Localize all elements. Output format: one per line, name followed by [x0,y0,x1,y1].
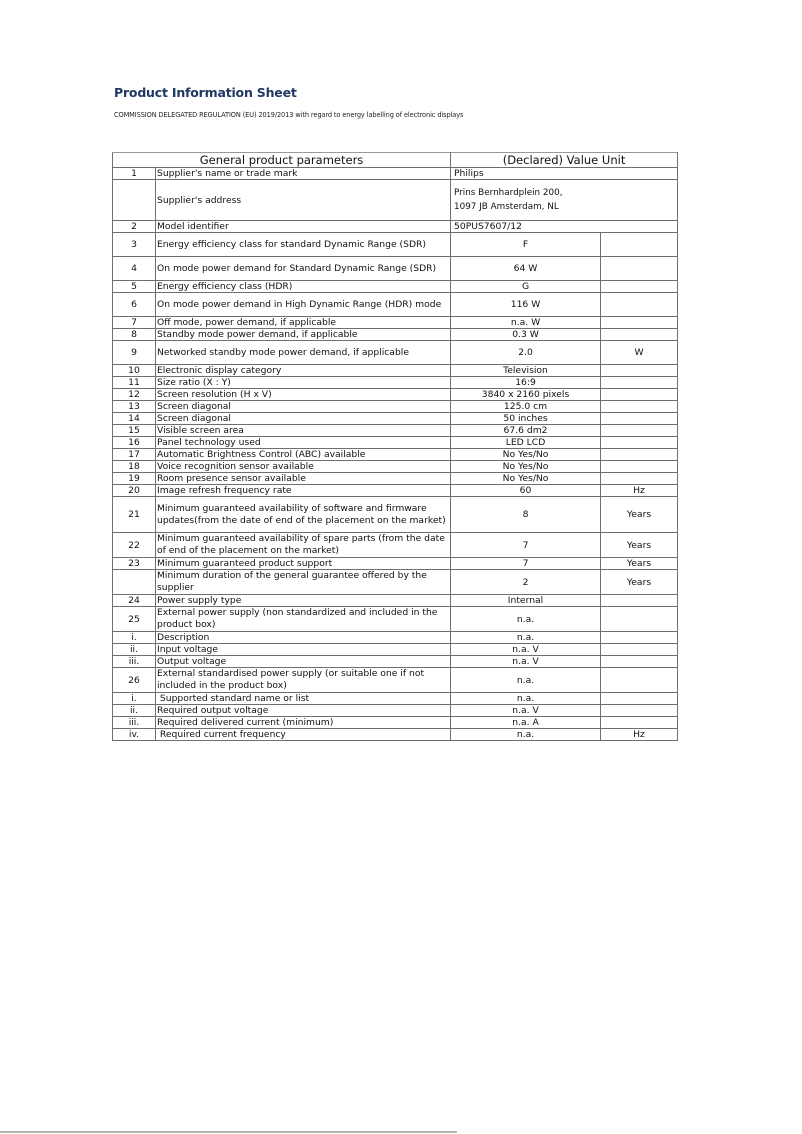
table-row: 26 External standardised power supply (o… [113,668,678,693]
regulation-subtitle: COMMISSION DELEGATED REGULATION (EU) 201… [114,111,463,119]
row-parameter: Minimum guaranteed availability of softw… [156,497,451,533]
row-unit [601,449,678,461]
row-number: 2 [113,221,156,233]
row-unit [601,389,678,401]
row-number: 6 [113,293,156,317]
table-row: 1 Supplier's name or trade mark Philips [113,168,678,180]
row-parameter: Screen diagonal [156,401,451,413]
row-unit [601,365,678,377]
row-number: 21 [113,497,156,533]
table-row: iv. Required current frequency n.a. Hz [113,729,678,741]
row-parameter: Panel technology used [156,437,451,449]
row-value: 3840 x 2160 pixels [451,389,601,401]
table-row: 23 Minimum guaranteed product support 7 … [113,558,678,570]
row-parameter: External standardised power supply (or s… [156,668,451,693]
table-row: 21 Minimum guaranteed availability of so… [113,497,678,533]
row-value: 0.3 W [451,329,601,341]
table-row: 5 Energy efficiency class (HDR) G [113,281,678,293]
row-value: No Yes/No [451,473,601,485]
row-value: 60 [451,485,601,497]
page-title: Product Information Sheet [114,85,297,100]
table-row: 19 Room presence sensor available No Yes… [113,473,678,485]
table-row: 20 Image refresh frequency rate 60 Hz [113,485,678,497]
row-number: 8 [113,329,156,341]
row-parameter: External power supply (non standardized … [156,607,451,632]
table-row: 15 Visible screen area 67.6 dm2 [113,425,678,437]
row-value: 64 W [451,257,601,281]
row-number: 24 [113,595,156,607]
row-value: 2 [451,570,601,595]
row-value: Prins Bernhardplein 200,1097 JB Amsterda… [451,180,678,221]
row-value: 50 inches [451,413,601,425]
row-value: n.a. V [451,656,601,668]
table-row: 9 Networked standby mode power demand, i… [113,341,678,365]
row-unit [601,461,678,473]
row-parameter: Visible screen area [156,425,451,437]
row-number: 14 [113,413,156,425]
row-value: n.a. V [451,644,601,656]
row-value: F [451,233,601,257]
row-parameter: Minimum guaranteed availability of spare… [156,533,451,558]
row-parameter: Energy efficiency class (HDR) [156,281,451,293]
row-parameter: Room presence sensor available [156,473,451,485]
header-parameters: General product parameters [113,153,451,168]
row-unit [601,233,678,257]
row-number: 7 [113,317,156,329]
row-unit [601,473,678,485]
row-unit [601,317,678,329]
table-row: 4 On mode power demand for Standard Dyna… [113,257,678,281]
table-row: ii. Required output voltage n.a. V [113,705,678,717]
row-parameter: Image refresh frequency rate [156,485,451,497]
row-number: 11 [113,377,156,389]
row-number [113,180,156,221]
row-value: LED LCD [451,437,601,449]
row-value: n.a. W [451,317,601,329]
row-unit [601,293,678,317]
row-value: Philips [451,168,678,180]
table-row: 17 Automatic Brightness Control (ABC) av… [113,449,678,461]
table-row: 14 Screen diagonal 50 inches [113,413,678,425]
row-parameter: Automatic Brightness Control (ABC) avail… [156,449,451,461]
row-number: 19 [113,473,156,485]
table-row: 3 Energy efficiency class for standard D… [113,233,678,257]
row-unit: W [601,341,678,365]
row-value: n.a. [451,607,601,632]
row-value: G [451,281,601,293]
row-parameter: Screen resolution (H x V) [156,389,451,401]
row-parameter: Energy efficiency class for standard Dyn… [156,233,451,257]
row-number: iii. [113,717,156,729]
row-unit [601,595,678,607]
row-number: 9 [113,341,156,365]
row-number: 20 [113,485,156,497]
row-value: n.a. [451,632,601,644]
table-row: 13 Screen diagonal 125.0 cm [113,401,678,413]
table-row: 6 On mode power demand in High Dynamic R… [113,293,678,317]
table-row: Supplier's address Prins Bernhardplein 2… [113,180,678,221]
row-unit [601,656,678,668]
row-number: 10 [113,365,156,377]
row-unit [601,377,678,389]
table-row: iii. Output voltage n.a. V [113,656,678,668]
table-row: 16 Panel technology used LED LCD [113,437,678,449]
row-parameter: Required current frequency [156,729,451,741]
table-row: 7 Off mode, power demand, if applicable … [113,317,678,329]
row-number: ii. [113,644,156,656]
row-unit [601,413,678,425]
row-unit [601,437,678,449]
row-parameter: On mode power demand in High Dynamic Ran… [156,293,451,317]
row-unit: Years [601,533,678,558]
table-row: i. Supported standard name or list n.a. [113,693,678,705]
row-number: 26 [113,668,156,693]
row-parameter: Screen diagonal [156,413,451,425]
row-value: No Yes/No [451,449,601,461]
row-unit: Years [601,558,678,570]
row-unit [601,281,678,293]
row-value: Television [451,365,601,377]
row-unit [601,705,678,717]
row-number: 18 [113,461,156,473]
row-parameter: Output voltage [156,656,451,668]
row-parameter: Electronic display category [156,365,451,377]
row-unit [601,425,678,437]
row-value: 7 [451,533,601,558]
row-value: 50PUS7607/12 [451,221,678,233]
table-row: 25 External power supply (non standardiz… [113,607,678,632]
row-unit [601,632,678,644]
row-value: Internal [451,595,601,607]
table-row: 18 Voice recognition sensor available No… [113,461,678,473]
row-unit: Years [601,570,678,595]
row-parameter: Input voltage [156,644,451,656]
row-parameter: Required output voltage [156,705,451,717]
header-value-unit: (Declared) Value Unit [451,153,678,168]
row-number: i. [113,693,156,705]
row-parameter: Supported standard name or list [156,693,451,705]
row-number: 22 [113,533,156,558]
row-value: n.a. [451,729,601,741]
row-value: 116 W [451,293,601,317]
page-footer-divider [0,1131,457,1133]
row-value: n.a. V [451,705,601,717]
row-parameter: Voice recognition sensor available [156,461,451,473]
row-parameter: Supplier's name or trade mark [156,168,451,180]
row-unit [601,329,678,341]
table-header-row: General product parameters (Declared) Va… [113,153,678,168]
row-number [113,570,156,595]
table-row: 2 Model identifier 50PUS7607/12 [113,221,678,233]
table-row: 10 Electronic display category Televisio… [113,365,678,377]
row-number: ii. [113,705,156,717]
row-unit [601,607,678,632]
row-parameter: On mode power demand for Standard Dynami… [156,257,451,281]
row-value: n.a. [451,668,601,693]
table-row: ii. Input voltage n.a. V [113,644,678,656]
row-value: n.a. [451,693,601,705]
row-number: 25 [113,607,156,632]
row-parameter: Minimum guaranteed product support [156,558,451,570]
row-parameter: Model identifier [156,221,451,233]
row-value: 2.0 [451,341,601,365]
table-row: iii. Required delivered current (minimum… [113,717,678,729]
row-unit: Years [601,497,678,533]
row-parameter: Power supply type [156,595,451,607]
row-parameter: Supplier's address [156,180,451,221]
row-parameter: Networked standby mode power demand, if … [156,341,451,365]
row-number: 3 [113,233,156,257]
row-number: 17 [113,449,156,461]
table-row: i. Description n.a. [113,632,678,644]
row-parameter: Off mode, power demand, if applicable [156,317,451,329]
row-unit [601,257,678,281]
row-number: iv. [113,729,156,741]
table-row: Minimum duration of the general guarante… [113,570,678,595]
row-parameter: Required delivered current (minimum) [156,717,451,729]
row-value: 67.6 dm2 [451,425,601,437]
row-value: 7 [451,558,601,570]
table-row: 24 Power supply type Internal [113,595,678,607]
row-unit [601,693,678,705]
row-parameter: Size ratio (X : Y) [156,377,451,389]
row-number: iii. [113,656,156,668]
row-value: 8 [451,497,601,533]
row-number: 1 [113,168,156,180]
row-number: 4 [113,257,156,281]
row-number: 12 [113,389,156,401]
product-parameters-table: General product parameters (Declared) Va… [112,152,678,741]
row-number: i. [113,632,156,644]
row-value: n.a. A [451,717,601,729]
row-parameter: Description [156,632,451,644]
row-parameter: Standby mode power demand, if applicable [156,329,451,341]
row-parameter: Minimum duration of the general guarante… [156,570,451,595]
table-row: 8 Standby mode power demand, if applicab… [113,329,678,341]
table-row: 12 Screen resolution (H x V) 3840 x 2160… [113,389,678,401]
row-unit [601,644,678,656]
row-unit [601,717,678,729]
row-number: 23 [113,558,156,570]
table-row: 11 Size ratio (X : Y) 16:9 [113,377,678,389]
row-value: 16:9 [451,377,601,389]
row-number: 15 [113,425,156,437]
row-number: 16 [113,437,156,449]
row-unit: Hz [601,485,678,497]
row-value: 125.0 cm [451,401,601,413]
table-row: 22 Minimum guaranteed availability of sp… [113,533,678,558]
row-unit: Hz [601,729,678,741]
row-unit [601,401,678,413]
row-number: 13 [113,401,156,413]
row-number: 5 [113,281,156,293]
row-value: No Yes/No [451,461,601,473]
row-unit [601,668,678,693]
